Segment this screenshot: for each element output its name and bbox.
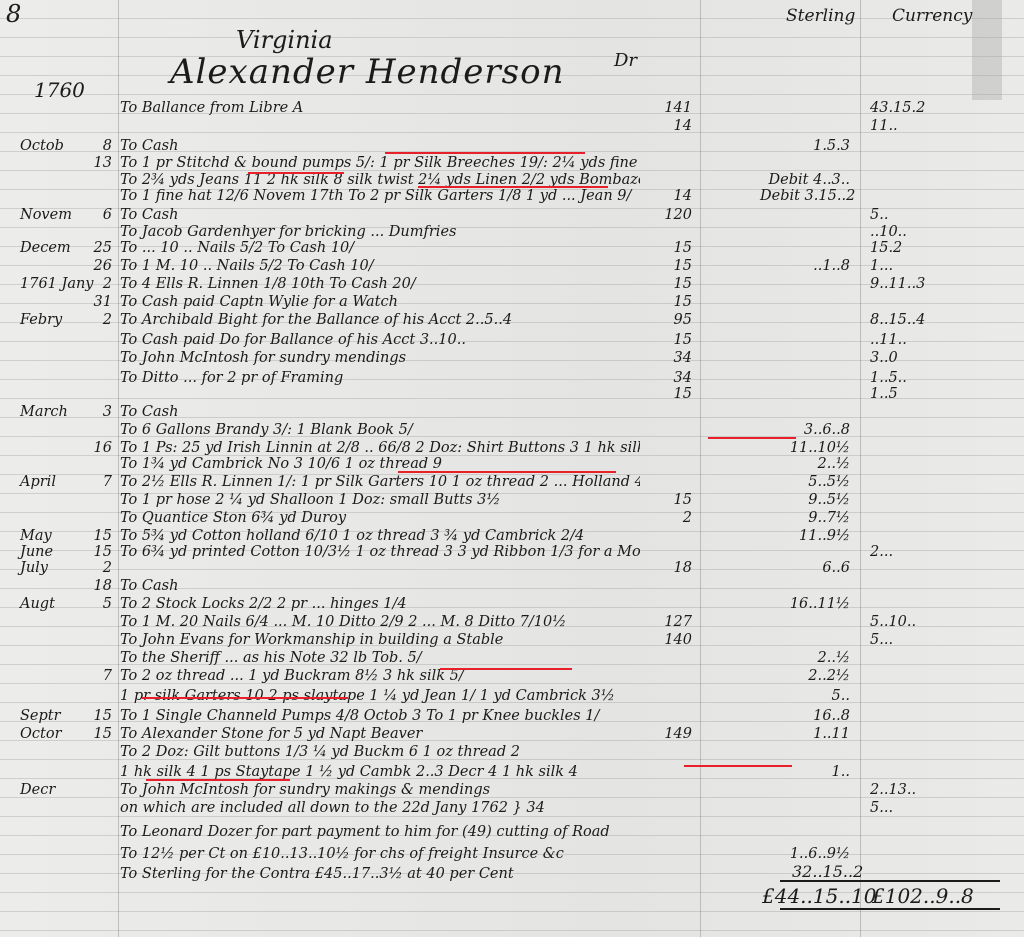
entry-description: To 6 Gallons Brandy 3/: 1 Blank Book 5/ bbox=[120, 422, 640, 438]
entry-sterling: 5.. bbox=[760, 688, 850, 704]
sterling-column-header: Sterling bbox=[786, 6, 855, 26]
entry-month: Decr bbox=[20, 782, 82, 798]
ledger-row: Febry2To Archibald Bight for the Ballanc… bbox=[0, 312, 1024, 332]
entry-reference: 34 bbox=[640, 370, 692, 386]
entry-description: To 2½ Ells R. Linnen 1/: 1 pr Silk Garte… bbox=[120, 474, 640, 490]
entry-description: To 1 pr Stitchd & bound pumps 5/: 1 pr S… bbox=[120, 155, 640, 171]
highlight-underline bbox=[708, 437, 796, 439]
debit-label: Dr bbox=[614, 50, 637, 71]
entry-month: May bbox=[20, 528, 82, 544]
entry-description: To 1 M. 20 Nails 6/4 ... M. 10 Ditto 2/9… bbox=[120, 614, 640, 630]
entry-sterling: 2..2½ bbox=[760, 668, 850, 684]
entry-description: To 12½ per Ct on £10..13..10½ for chs of… bbox=[120, 846, 640, 862]
ledger-row: To Cash paid Do for Ballance of his Acct… bbox=[0, 332, 1024, 352]
highlight-underline bbox=[142, 697, 348, 699]
ledger-row: To Sterling for the Contra £45..17..3½ a… bbox=[0, 866, 1024, 886]
entry-description: To Cash bbox=[120, 207, 640, 223]
currency-total: £102..9..8 bbox=[872, 884, 974, 908]
entry-currency: 5.. bbox=[870, 207, 970, 223]
entry-month: Novem bbox=[20, 207, 82, 223]
ledger-row: 7To 2 oz thread ... 1 yd Buckram 8½ 3 hk… bbox=[0, 668, 1024, 688]
entry-description: To Jacob Gardenhyer for bricking ... Dum… bbox=[120, 224, 640, 240]
entry-reference: 120 bbox=[640, 207, 692, 223]
entry-description: on which are included all down to the 22… bbox=[120, 800, 640, 816]
entry-description: To 1 pr hose 2 ¼ yd Shalloon 1 Doz: smal… bbox=[120, 492, 640, 508]
entry-day: 2 bbox=[84, 560, 112, 576]
entry-reference: 15 bbox=[640, 258, 692, 274]
entry-description: To 5¾ yd Cotton holland 6/10 1 oz thread… bbox=[120, 528, 640, 544]
entry-description: To Archibald Bight for the Ballance of h… bbox=[120, 312, 640, 328]
entry-sterling: ..1..8 bbox=[760, 258, 850, 274]
ledger-row: 1 hk silk 4 1 ps Staytape 1 ½ yd Cambk 2… bbox=[0, 764, 1024, 784]
entry-day: 15 bbox=[84, 528, 112, 544]
entry-sterling: 5..5½ bbox=[760, 474, 850, 490]
ledger-row: 151..5 bbox=[0, 386, 1024, 406]
entry-description: To Cash paid Captn Wylie for a Watch bbox=[120, 294, 640, 310]
entry-sterling: 1.5.3 bbox=[760, 138, 850, 154]
highlight-underline bbox=[440, 668, 572, 670]
entry-description: To 1 Ps: 25 yd Irish Linnin at 2/8 .. 66… bbox=[120, 440, 640, 456]
entry-currency: 5... bbox=[870, 632, 970, 648]
sterling-total: £44..15..10 bbox=[762, 884, 877, 908]
entry-sterling: 1..6..9½ bbox=[760, 846, 850, 862]
entry-reference: 15 bbox=[640, 492, 692, 508]
contra-subtotal: 32..15..2 bbox=[792, 862, 863, 881]
entry-reference: 15 bbox=[640, 386, 692, 402]
place-heading: Virginia bbox=[236, 26, 333, 54]
entry-sterling: 6..6 bbox=[760, 560, 850, 576]
entry-currency: 3..0 bbox=[870, 350, 970, 366]
entry-description: To John McIntosh for sundry mendings bbox=[120, 350, 640, 366]
entry-description: To 1¾ yd Cambrick No 3 10/6 1 oz thread … bbox=[120, 456, 640, 472]
entry-sterling: 2..½ bbox=[760, 650, 850, 666]
year-label: 1760 bbox=[34, 78, 85, 102]
entry-description: To 1 fine hat 12/6 Novem 17th To 2 pr Si… bbox=[120, 188, 640, 204]
ledger-row: To Leonard Dozer for part payment to him… bbox=[0, 824, 1024, 844]
entry-currency: ..11.. bbox=[870, 332, 970, 348]
entry-month: Octor bbox=[20, 726, 82, 742]
entry-reference: 95 bbox=[640, 312, 692, 328]
entry-currency: 9..11..3 bbox=[870, 276, 970, 292]
entry-month: Septr bbox=[20, 708, 82, 724]
ledger-row: To 1 M. 20 Nails 6/4 ... M. 10 Ditto 2/9… bbox=[0, 614, 1024, 634]
entry-description: To 6¾ yd printed Cotton 10/3½ 1 oz threa… bbox=[120, 544, 640, 560]
ledger-row: To 1 fine hat 12/6 Novem 17th To 2 pr Si… bbox=[0, 188, 1024, 208]
ledger-row: To the Sheriff ... as his Note 32 lb Tob… bbox=[0, 650, 1024, 670]
entry-description: To Alexander Stone for 5 yd Napt Beaver bbox=[120, 726, 640, 742]
entry-description: To John McIntosh for sundry makings & me… bbox=[120, 782, 640, 798]
entry-month: Augt bbox=[20, 596, 82, 612]
ledger-row: Decem25To ... 10 .. Nails 5/2 To Cash 10… bbox=[0, 240, 1024, 260]
entry-reference: 14 bbox=[640, 118, 692, 134]
entry-month: Febry bbox=[20, 312, 82, 328]
entry-description: To 2 Stock Locks 2/2 2 pr ... hinges 1/4 bbox=[120, 596, 640, 612]
entry-month: June bbox=[20, 544, 82, 560]
entry-sterling: 9..5½ bbox=[760, 492, 850, 508]
ledger-row: To John McIntosh for sundry mendings343.… bbox=[0, 350, 1024, 370]
entry-description: To 1 Single Channeld Pumps 4/8 Octob 3 T… bbox=[120, 708, 640, 724]
entry-description: To the Sheriff ... as his Note 32 lb Tob… bbox=[120, 650, 640, 666]
entry-description: 1 pr silk Garters 10 2 ps slaytape 1 ¼ y… bbox=[120, 688, 640, 704]
entry-reference: 34 bbox=[640, 350, 692, 366]
entry-description: To Cash bbox=[120, 578, 640, 594]
entry-currency: ..10.. bbox=[870, 224, 970, 240]
ledger-row: 26To 1 M. 10 .. Nails 5/2 To Cash 10/15.… bbox=[0, 258, 1024, 278]
entry-description: To 2 oz thread ... 1 yd Buckram 8½ 3 hk … bbox=[120, 668, 640, 684]
entry-description: To Ballance from Libre A bbox=[120, 100, 640, 116]
ledger-row: To 2 Doz: Gilt buttons 1/3 ¼ yd Buckm 6 … bbox=[0, 744, 1024, 764]
entry-day: 8 bbox=[84, 138, 112, 154]
entry-sterling: 11..10½ bbox=[760, 440, 850, 456]
highlight-underline bbox=[398, 471, 616, 473]
entry-reference: 2 bbox=[640, 510, 692, 526]
entry-description: To Cash paid Do for Ballance of his Acct… bbox=[120, 332, 640, 348]
entry-day: 15 bbox=[84, 708, 112, 724]
entry-sterling: 16..11½ bbox=[760, 596, 850, 612]
entry-reference: 15 bbox=[640, 276, 692, 292]
entry-currency: 15.2 bbox=[870, 240, 970, 256]
entry-month: July bbox=[20, 560, 82, 576]
entry-day: 3 bbox=[84, 404, 112, 420]
entry-description: To Sterling for the Contra £45..17..3½ a… bbox=[120, 866, 640, 882]
entry-sterling: 16..8 bbox=[760, 708, 850, 724]
ledger-row: To 1¾ yd Cambrick No 3 10/6 1 oz thread … bbox=[0, 456, 1024, 476]
entry-reference: 15 bbox=[640, 240, 692, 256]
ledger-row: Augt5To 2 Stock Locks 2/2 2 pr ... hinge… bbox=[0, 596, 1024, 616]
entry-sterling: Debit 3.15..2 bbox=[760, 188, 850, 204]
entry-day: 13 bbox=[84, 155, 112, 171]
highlight-underline bbox=[684, 765, 792, 767]
entry-month: March bbox=[20, 404, 82, 420]
entry-description: To 2 Doz: Gilt buttons 1/3 ¼ yd Buckm 6 … bbox=[120, 744, 640, 760]
entry-currency: 5... bbox=[870, 800, 970, 816]
entry-day: 31 bbox=[84, 294, 112, 310]
entry-day: 7 bbox=[84, 474, 112, 490]
entry-description: To 1 M. 10 .. Nails 5/2 To Cash 10/ bbox=[120, 258, 640, 274]
entry-description: To Ditto ... for 2 pr of Framing bbox=[120, 370, 640, 386]
ledger-row: 1761 Jany2To 4 Ells R. Linnen 1/8 10th T… bbox=[0, 276, 1024, 296]
entry-day: 5 bbox=[84, 596, 112, 612]
ledger-row: To 12½ per Ct on £10..13..10½ for chs of… bbox=[0, 846, 1024, 866]
ledger-row: on which are included all down to the 22… bbox=[0, 800, 1024, 820]
page-shadow bbox=[972, 0, 1002, 100]
ledger-row: 18To Cash bbox=[0, 578, 1024, 598]
highlight-underline bbox=[146, 779, 290, 781]
entry-currency: 2... bbox=[870, 544, 970, 560]
entry-description: To John Evans for Workmanship in buildin… bbox=[120, 632, 640, 648]
entry-day: 16 bbox=[84, 440, 112, 456]
entry-day: 7 bbox=[84, 668, 112, 684]
ledger-row: Septr15To 1 Single Channeld Pumps 4/8 Oc… bbox=[0, 708, 1024, 728]
highlight-underline bbox=[385, 152, 585, 154]
entry-currency: 1... bbox=[870, 258, 970, 274]
entry-day: 26 bbox=[84, 258, 112, 274]
entry-currency: 43.15.2 bbox=[870, 100, 970, 116]
entry-sterling: 3..6..8 bbox=[760, 422, 850, 438]
entry-currency: 2..13.. bbox=[870, 782, 970, 798]
entry-description: To ... 10 .. Nails 5/2 To Cash 10/ bbox=[120, 240, 640, 256]
entry-description: To Quantice Ston 6¾ yd Duroy bbox=[120, 510, 640, 526]
entry-reference: 14 bbox=[640, 188, 692, 204]
entry-description: To Leonard Dozer for part payment to him… bbox=[120, 824, 640, 840]
currency-column-header: Currency bbox=[892, 6, 972, 26]
entry-description: 1 hk silk 4 1 ps Staytape 1 ½ yd Cambk 2… bbox=[120, 764, 640, 780]
entry-reference: 140 bbox=[640, 632, 692, 648]
entry-description: To Cash bbox=[120, 404, 640, 420]
ledger-row: 1411.. bbox=[0, 118, 1024, 138]
entry-reference: 141 bbox=[640, 100, 692, 116]
entry-day: 6 bbox=[84, 207, 112, 223]
entry-day: 15 bbox=[84, 544, 112, 560]
total-rule bbox=[780, 880, 1000, 882]
entry-currency: 1..5 bbox=[870, 386, 970, 402]
ledger-row: To 6 Gallons Brandy 3/: 1 Blank Book 5/3… bbox=[0, 422, 1024, 442]
ledger-row: Octor15To Alexander Stone for 5 yd Napt … bbox=[0, 726, 1024, 746]
entry-sterling: 9..7½ bbox=[760, 510, 850, 526]
entry-reference: 149 bbox=[640, 726, 692, 742]
entry-currency: 5..10.. bbox=[870, 614, 970, 630]
entry-month: 1761 Jany bbox=[20, 276, 82, 292]
entry-sterling: Debit 4..3.. bbox=[760, 172, 850, 188]
ledger-row: March3To Cash bbox=[0, 404, 1024, 424]
entry-month: Decem bbox=[20, 240, 82, 256]
account-name: Alexander Henderson bbox=[170, 52, 564, 92]
ledger-page: 8 Virginia Alexander Henderson Dr Sterli… bbox=[0, 0, 1024, 937]
entry-day: 25 bbox=[84, 240, 112, 256]
entry-reference: 15 bbox=[640, 332, 692, 348]
entry-sterling: 1..11 bbox=[760, 726, 850, 742]
entry-currency: 8..15..4 bbox=[870, 312, 970, 328]
ledger-row: To Ballance from Libre A14143.15.2 bbox=[0, 100, 1024, 120]
entry-month: Octob bbox=[20, 138, 82, 154]
ledger-row: DecrTo John McIntosh for sundry makings … bbox=[0, 782, 1024, 802]
entry-reference: 15 bbox=[640, 294, 692, 310]
entry-currency: 1..5.. bbox=[870, 370, 970, 386]
entry-sterling: 11..9½ bbox=[760, 528, 850, 544]
ledger-row: 31To Cash paid Captn Wylie for a Watch15 bbox=[0, 294, 1024, 314]
entry-reference: 18 bbox=[640, 560, 692, 576]
folio-number: 8 bbox=[6, 0, 21, 28]
entry-month: April bbox=[20, 474, 82, 490]
entry-currency: 11.. bbox=[870, 118, 970, 134]
entry-day: 2 bbox=[84, 312, 112, 328]
ledger-row: To John Evans for Workmanship in buildin… bbox=[0, 632, 1024, 652]
entry-description: To 4 Ells R. Linnen 1/8 10th To Cash 20/ bbox=[120, 276, 640, 292]
ledger-row: April7To 2½ Ells R. Linnen 1/: 1 pr Silk… bbox=[0, 474, 1024, 494]
entry-day: 2 bbox=[84, 276, 112, 292]
entry-sterling: 2..½ bbox=[760, 456, 850, 472]
entry-day: 15 bbox=[84, 726, 112, 742]
entry-reference: 127 bbox=[640, 614, 692, 630]
entry-day: 18 bbox=[84, 578, 112, 594]
ledger-row: To Quantice Ston 6¾ yd Duroy29..7½ bbox=[0, 510, 1024, 530]
ledger-row: July2186..6 bbox=[0, 560, 1024, 580]
total-double-rule bbox=[780, 908, 1000, 910]
highlight-underline bbox=[418, 186, 608, 188]
highlight-underline bbox=[248, 172, 344, 174]
ledger-row: To 1 pr hose 2 ¼ yd Shalloon 1 Doz: smal… bbox=[0, 492, 1024, 512]
